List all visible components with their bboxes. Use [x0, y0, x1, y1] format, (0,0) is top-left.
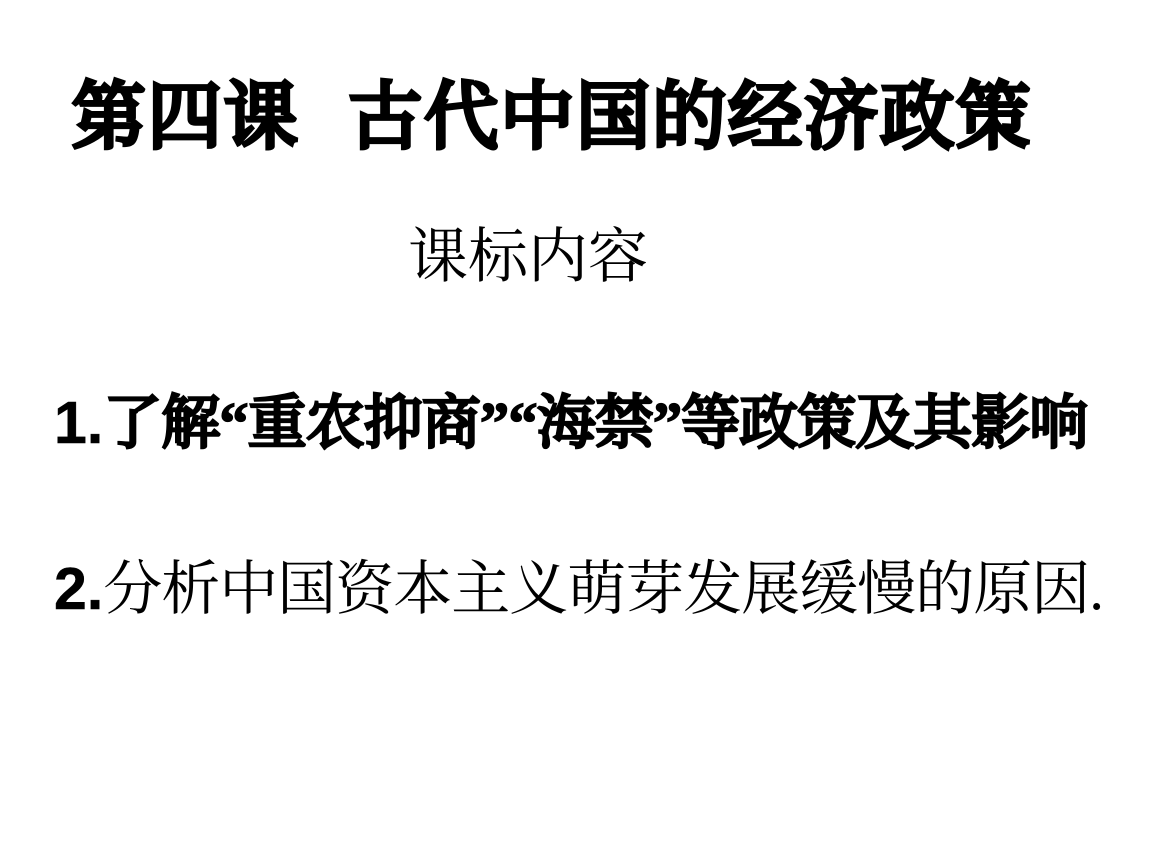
objective-point-2-text: 分析中国资本主义萌芽发展缓慢的原因. [103, 556, 1103, 622]
objective-point-1-number: 1. [54, 390, 103, 456]
presentation-slide: 第四课 古代中国的经济政策 课标内容 1.了解“重农抑商”“海禁”等政策及其影响… [0, 0, 1152, 864]
slide-title: 第四课 古代中国的经济政策 [0, 78, 1104, 156]
objective-point-2-number: 2. [54, 556, 103, 622]
slide-subtitle: 课标内容 [0, 224, 1056, 290]
objective-point-1: 1.了解“重农抑商”“海禁”等政策及其影响 [54, 390, 1132, 458]
objective-point-2: 2.分析中国资本主义萌芽发展缓慢的原因. [54, 556, 1132, 624]
objective-point-1-text: 了解“重农抑商”“海禁”等政策及其影响 [103, 390, 1087, 456]
